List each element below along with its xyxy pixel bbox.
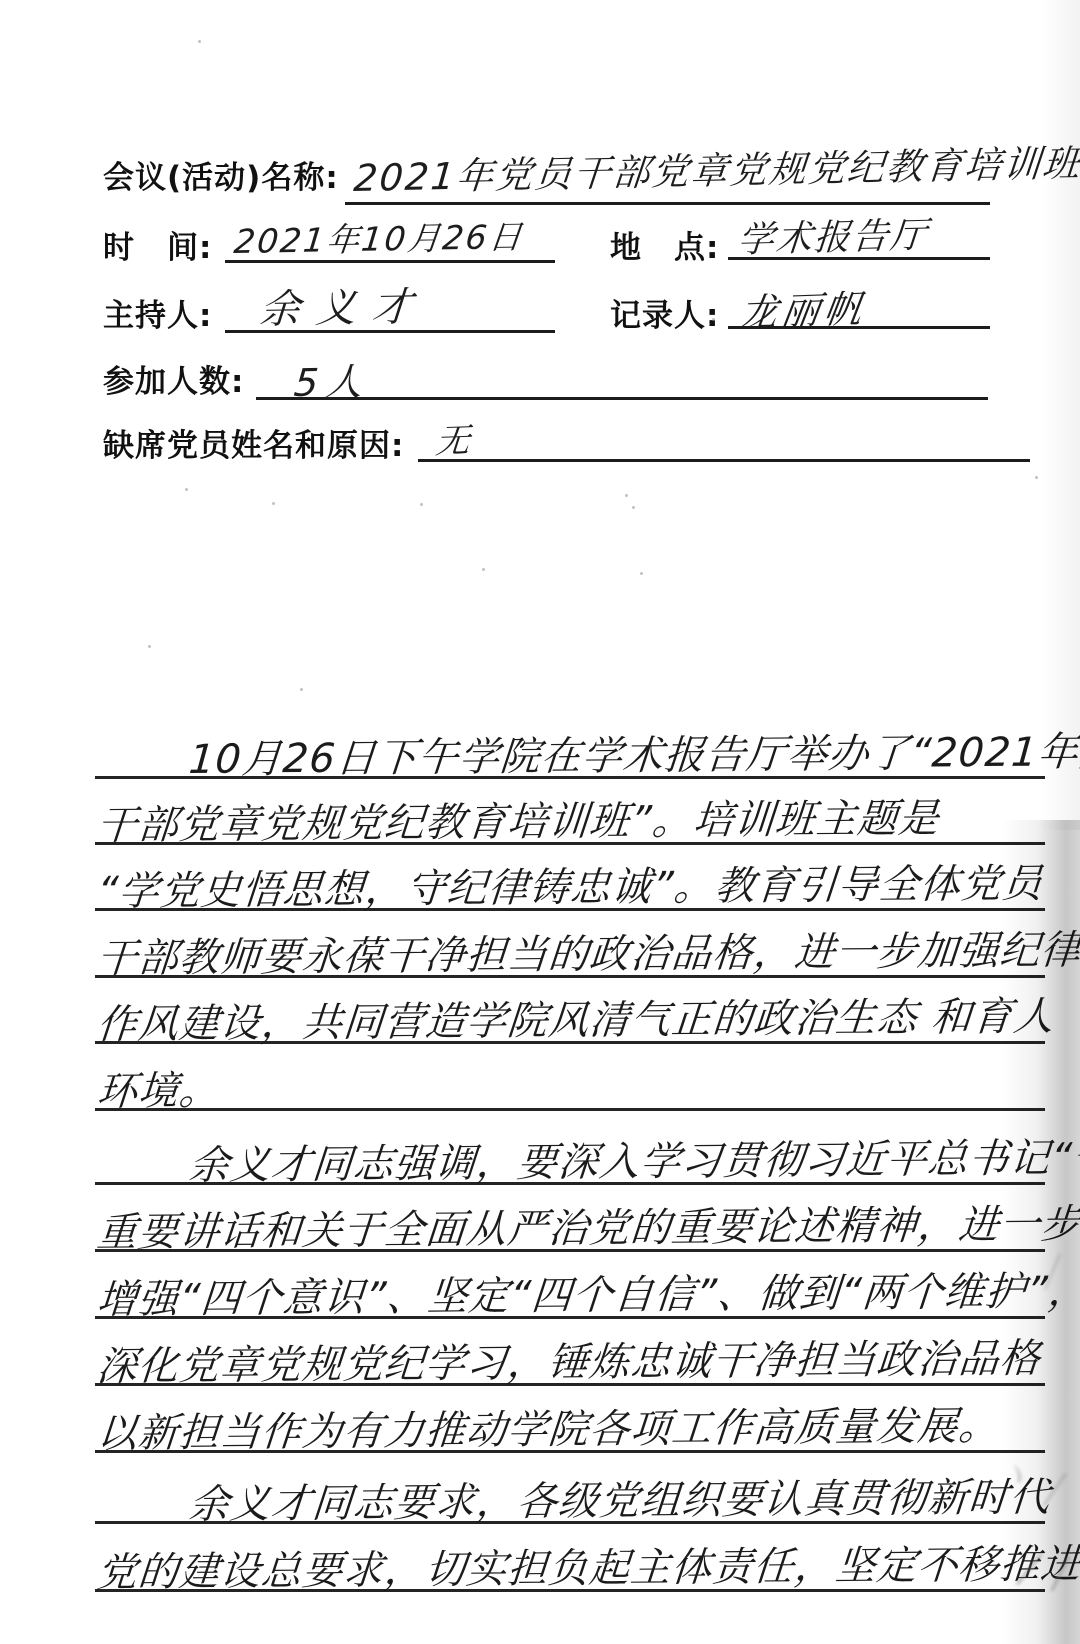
handwritten-line: 干部教师要永葆干净担当的政治品格，进一步加强纪律 xyxy=(95,911,1045,978)
bleed-through-mark: 丨 xyxy=(1024,1237,1074,1302)
handwritten-line: 作风建设，共同营造学院风清气正的政治生态 和育人 xyxy=(95,977,1045,1044)
handwritten-text: 余义才同志要求，各级党组织要认真贯彻新时代 xyxy=(187,1465,1053,1530)
meeting-name-underline xyxy=(345,202,990,205)
location-underline xyxy=(728,257,990,260)
attendees-label: 参加人数: xyxy=(103,356,244,401)
handwritten-line: “学党史悟思想，守纪律铸忠诚”。教育引导全体党员 xyxy=(95,844,1045,911)
scan-speck xyxy=(198,40,201,43)
recorder-label: 记录人: xyxy=(610,290,719,335)
handwritten-line: 重要讲话和关于全面从严治党的重要论述精神，进一步 xyxy=(95,1185,1045,1252)
handwritten-text: “学党史悟思想，守纪律铸忠诚”。教育引导全体党员 xyxy=(95,852,1046,917)
handwritten-text: 深化党章党规党纪学习，锤炼忠诚干净担当政治品格 xyxy=(95,1327,1043,1392)
page-binding-shadow xyxy=(1002,820,1080,1644)
handwritten-line: 10月26日下午学院在学术报告厅举办了“2021年党员 xyxy=(95,712,1045,779)
meeting-name-label: 会议(活动)名称: xyxy=(103,152,339,197)
absent-underline xyxy=(418,459,1030,462)
handwritten-text: 干部党章党规党纪教育培训班”。培训班主题是 xyxy=(95,787,942,851)
handwritten-text: 干部教师要永葆干净担当的政治品格，进一步加强纪律 xyxy=(95,918,1080,984)
scanned-meeting-record-page: 会议(活动)名称: 2021年党员干部党章党规党纪教育培训班 时 间: 2021… xyxy=(0,0,1080,1644)
recorder-underline xyxy=(728,326,990,329)
handwritten-line: 余义才同志要求，各级党组织要认真贯彻新时代 xyxy=(95,1457,1045,1524)
handwritten-text: 余义才同志强调，要深入学习贯彻习近平总书记“七一” xyxy=(187,1125,1080,1191)
absent-value: 无 xyxy=(434,413,474,463)
handwritten-text: 党的建设总要求，切实担负起主体责任，坚定不移推进 xyxy=(95,1532,1080,1598)
handwritten-line: 深化党章党规党纪学习，锤炼忠诚干净担当政治品格 xyxy=(95,1319,1045,1386)
bleed-through-mark: /​丨 xyxy=(1016,1535,1080,1605)
handwritten-line: 环境。 xyxy=(95,1044,1045,1111)
handwritten-text: 作风建设，共同营造学院风清气正的政治生态 和育人 xyxy=(95,985,1057,1050)
location-value: 学术报告厅 xyxy=(736,207,930,263)
handwritten-line: 以新担当作为有力推动学院各项工作高质量发展。 xyxy=(95,1386,1045,1453)
time-underline xyxy=(225,260,555,263)
page-edge-shading xyxy=(1040,0,1080,830)
absent-label: 缺席党员姓名和原因: xyxy=(103,420,404,465)
host-value: 余义才 xyxy=(258,275,430,335)
scan-speck xyxy=(148,645,151,648)
scan-speck xyxy=(632,506,635,509)
scan-speck xyxy=(185,488,188,491)
scan-speck xyxy=(272,502,275,505)
handwritten-line: 增强“四个意识”、坚定“四个自信”、做到“两个维护”， xyxy=(95,1252,1045,1319)
handwritten-text: 以新担当作为有力推动学院各项工作高质量发展。 xyxy=(95,1394,1002,1459)
handwritten-line: 余义才同志强调，要深入学习贯彻习近平总书记“七一” xyxy=(95,1118,1045,1185)
host-label: 主持人: xyxy=(103,290,212,335)
meeting-name-value: 2021年党员干部党章党规党纪教育培训班 xyxy=(352,133,1080,202)
handwritten-text: 环境。 xyxy=(95,1059,223,1117)
scan-speck xyxy=(300,688,303,691)
time-value: 2021年10月26日 xyxy=(232,211,526,263)
scan-speck xyxy=(712,318,715,321)
handwritten-line: 干部党章党规党纪教育培训班”。培训班主题是 xyxy=(95,778,1045,845)
host-underline xyxy=(225,330,555,333)
handwritten-text: 重要讲话和关于全面从严治党的重要论述精神，进一步 xyxy=(95,1192,1080,1258)
handwritten-text: 增强“四个意识”、坚定“四个自信”、做到“两个维护”， xyxy=(95,1259,1080,1325)
location-label: 地 点: xyxy=(610,222,719,267)
scan-speck xyxy=(1035,476,1038,479)
scan-speck xyxy=(482,568,485,571)
attendees-underline xyxy=(256,397,988,400)
time-label: 时 间: xyxy=(103,222,212,267)
handwritten-line: 党的建设总要求，切实担负起主体责任，坚定不移推进 xyxy=(95,1525,1045,1592)
scan-speck xyxy=(420,503,423,506)
scan-speck xyxy=(625,494,628,497)
scan-speck xyxy=(640,572,643,575)
handwritten-text: 10月26日下午学院在学术报告厅举办了“2021年党员 xyxy=(187,720,1080,785)
